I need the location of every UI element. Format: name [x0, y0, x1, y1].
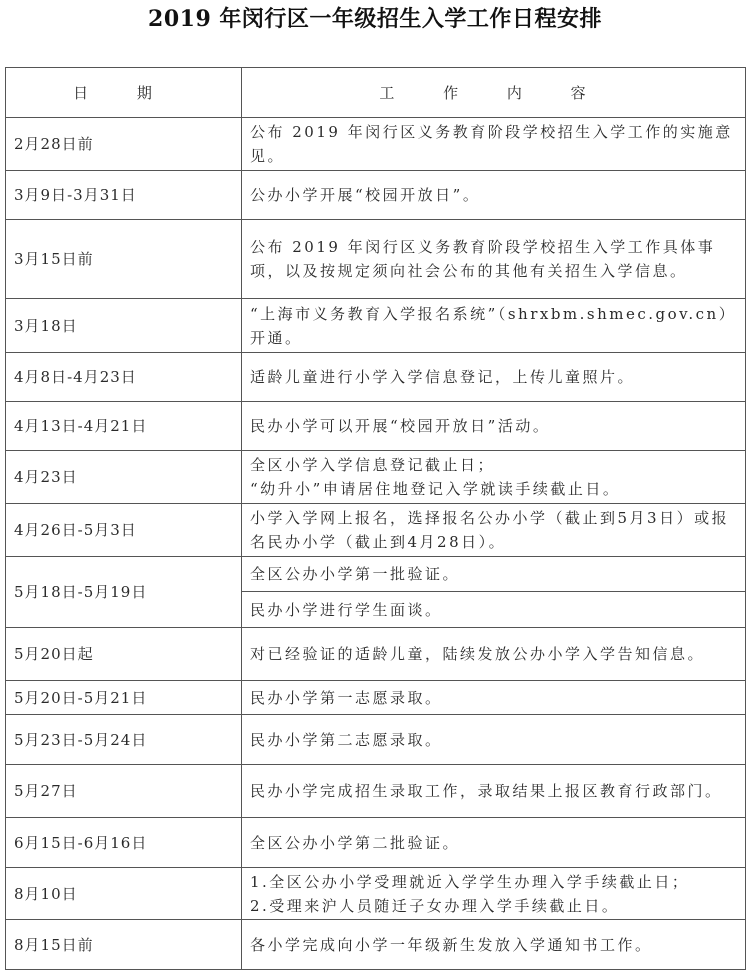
content-line: 民办小学第二志愿录取。 — [250, 728, 737, 752]
content-cell: 公布 2019 年闵行区义务教育阶段学校招生入学工作的实施意见。 — [242, 118, 746, 171]
table-row: 6月15日-6月16日全区公办小学第二批验证。 — [6, 818, 746, 868]
table-row: 5月20日-5月21日民办小学第一志愿录取。 — [6, 681, 746, 715]
date-cell: 3月18日 — [6, 299, 242, 353]
content-line: 民办小学完成招生录取工作，录取结果上报区教育行政部门。 — [250, 779, 737, 803]
content-line: 公布 2019 年闵行区义务教育阶段学校招生入学工作的实施意见。 — [250, 120, 737, 168]
content-line: 民办小学第一志愿录取。 — [250, 686, 737, 710]
content-cell: 民办小学进行学生面谈。 — [242, 592, 746, 628]
content-cell: “上海市义务教育入学报名系统”（shrxbm.shmec.gov.cn）开通。 — [242, 299, 746, 353]
table-row: 8月10日1.全区公办小学受理就近入学学生办理入学手续截止日；2.受理来沪人员随… — [6, 868, 746, 920]
content-line: 2.受理来沪人员随迁子女办理入学手续截止日。 — [250, 894, 737, 918]
content-cell: 适龄儿童进行小学入学信息登记，上传儿童照片。 — [242, 353, 746, 402]
content-cell: 全区公办小学第一批验证。 — [242, 557, 746, 592]
content-cell: 1.全区公办小学受理就近入学学生办理入学手续截止日；2.受理来沪人员随迁子女办理… — [242, 868, 746, 920]
table-row: 4月8日-4月23日适龄儿童进行小学入学信息登记，上传儿童照片。 — [6, 353, 746, 402]
date-cell: 4月8日-4月23日 — [6, 353, 242, 402]
table-row: 5月18日-5月19日全区公办小学第一批验证。 — [6, 557, 746, 592]
date-cell: 4月26日-5月3日 — [6, 504, 242, 557]
content-cell: 全区公办小学第二批验证。 — [242, 818, 746, 868]
content-line: 全区公办小学第二批验证。 — [250, 831, 737, 855]
content-cell: 民办小学可以开展“校园开放日”活动。 — [242, 402, 746, 451]
date-cell: 5月20日-5月21日 — [6, 681, 242, 715]
table-row: 5月27日民办小学完成招生录取工作，录取结果上报区教育行政部门。 — [6, 765, 746, 818]
table-row: 3月15日前公布 2019 年闵行区义务教育阶段学校招生入学工作具体事项，以及按… — [6, 220, 746, 299]
date-cell: 3月9日-3月31日 — [6, 171, 242, 220]
table-row: 4月23日全区小学入学信息登记截止日；“幼升小”申请居住地登记入学就读手续截止日… — [6, 451, 746, 504]
table-body: 2月28日前公布 2019 年闵行区义务教育阶段学校招生入学工作的实施意见。3月… — [6, 118, 746, 970]
table-row: 4月13日-4月21日民办小学可以开展“校园开放日”活动。 — [6, 402, 746, 451]
table-header-row: 日 期 工 作 内 容 — [6, 68, 746, 118]
content-line: 民办小学可以开展“校园开放日”活动。 — [250, 414, 737, 438]
date-cell: 5月20日起 — [6, 628, 242, 681]
date-cell: 2月28日前 — [6, 118, 242, 171]
content-cell: 民办小学第二志愿录取。 — [242, 715, 746, 765]
content-line: 适龄儿童进行小学入学信息登记，上传儿童照片。 — [250, 365, 737, 389]
header-content: 工 作 内 容 — [242, 68, 746, 118]
content-cell: 对已经验证的适龄儿童，陆续发放公办小学入学告知信息。 — [242, 628, 746, 681]
table-row: 3月9日-3月31日公办小学开展“校园开放日”。 — [6, 171, 746, 220]
content-cell: 民办小学完成招生录取工作，录取结果上报区教育行政部门。 — [242, 765, 746, 818]
content-cell: 小学入学网上报名，选择报名公办小学（截止到5月3日）或报名民办小学（截止到4月2… — [242, 504, 746, 557]
date-cell: 8月15日前 — [6, 920, 242, 970]
content-line: 各小学完成向小学一年级新生发放入学通知书工作。 — [250, 933, 737, 957]
content-line: 1.全区公办小学受理就近入学学生办理入学手续截止日； — [250, 870, 737, 894]
content-line: “幼升小”申请居住地登记入学就读手续截止日。 — [250, 477, 737, 501]
date-cell: 5月23日-5月24日 — [6, 715, 242, 765]
content-cell: 公布 2019 年闵行区义务教育阶段学校招生入学工作具体事项，以及按规定须向社会… — [242, 220, 746, 299]
content-line: 对已经验证的适龄儿童，陆续发放公办小学入学告知信息。 — [250, 642, 737, 666]
date-cell: 4月23日 — [6, 451, 242, 504]
date-cell: 8月10日 — [6, 868, 242, 920]
date-cell: 4月13日-4月21日 — [6, 402, 242, 451]
table-row: 3月18日“上海市义务教育入学报名系统”（shrxbm.shmec.gov.cn… — [6, 299, 746, 353]
content-line: 公办小学开展“校园开放日”。 — [250, 183, 737, 207]
document-title: 2019 年闵行区一年级招生入学工作日程安排 — [0, 4, 750, 34]
table-row: 5月20日起对已经验证的适龄儿童，陆续发放公办小学入学告知信息。 — [6, 628, 746, 681]
date-cell: 5月18日-5月19日 — [6, 557, 242, 628]
content-cell: 全区小学入学信息登记截止日；“幼升小”申请居住地登记入学就读手续截止日。 — [242, 451, 746, 504]
content-line: “上海市义务教育入学报名系统”（shrxbm.shmec.gov.cn）开通。 — [250, 302, 737, 350]
schedule-table: 日 期 工 作 内 容 2月28日前公布 2019 年闵行区义务教育阶段学校招生… — [5, 67, 746, 970]
table-row: 4月26日-5月3日小学入学网上报名，选择报名公办小学（截止到5月3日）或报名民… — [6, 504, 746, 557]
content-cell: 各小学完成向小学一年级新生发放入学通知书工作。 — [242, 920, 746, 970]
content-line: 全区小学入学信息登记截止日； — [250, 453, 737, 477]
table-row: 2月28日前公布 2019 年闵行区义务教育阶段学校招生入学工作的实施意见。 — [6, 118, 746, 171]
date-cell: 3月15日前 — [6, 220, 242, 299]
header-date: 日 期 — [6, 68, 242, 118]
content-cell: 民办小学第一志愿录取。 — [242, 681, 746, 715]
date-cell: 6月15日-6月16日 — [6, 818, 242, 868]
table-row: 8月15日前各小学完成向小学一年级新生发放入学通知书工作。 — [6, 920, 746, 970]
content-line: 小学入学网上报名，选择报名公办小学（截止到5月3日）或报名民办小学（截止到4月2… — [250, 506, 737, 554]
content-cell: 公办小学开展“校园开放日”。 — [242, 171, 746, 220]
date-cell: 5月27日 — [6, 765, 242, 818]
content-line: 公布 2019 年闵行区义务教育阶段学校招生入学工作具体事项，以及按规定须向社会… — [250, 235, 737, 283]
table-row: 5月23日-5月24日民办小学第二志愿录取。 — [6, 715, 746, 765]
